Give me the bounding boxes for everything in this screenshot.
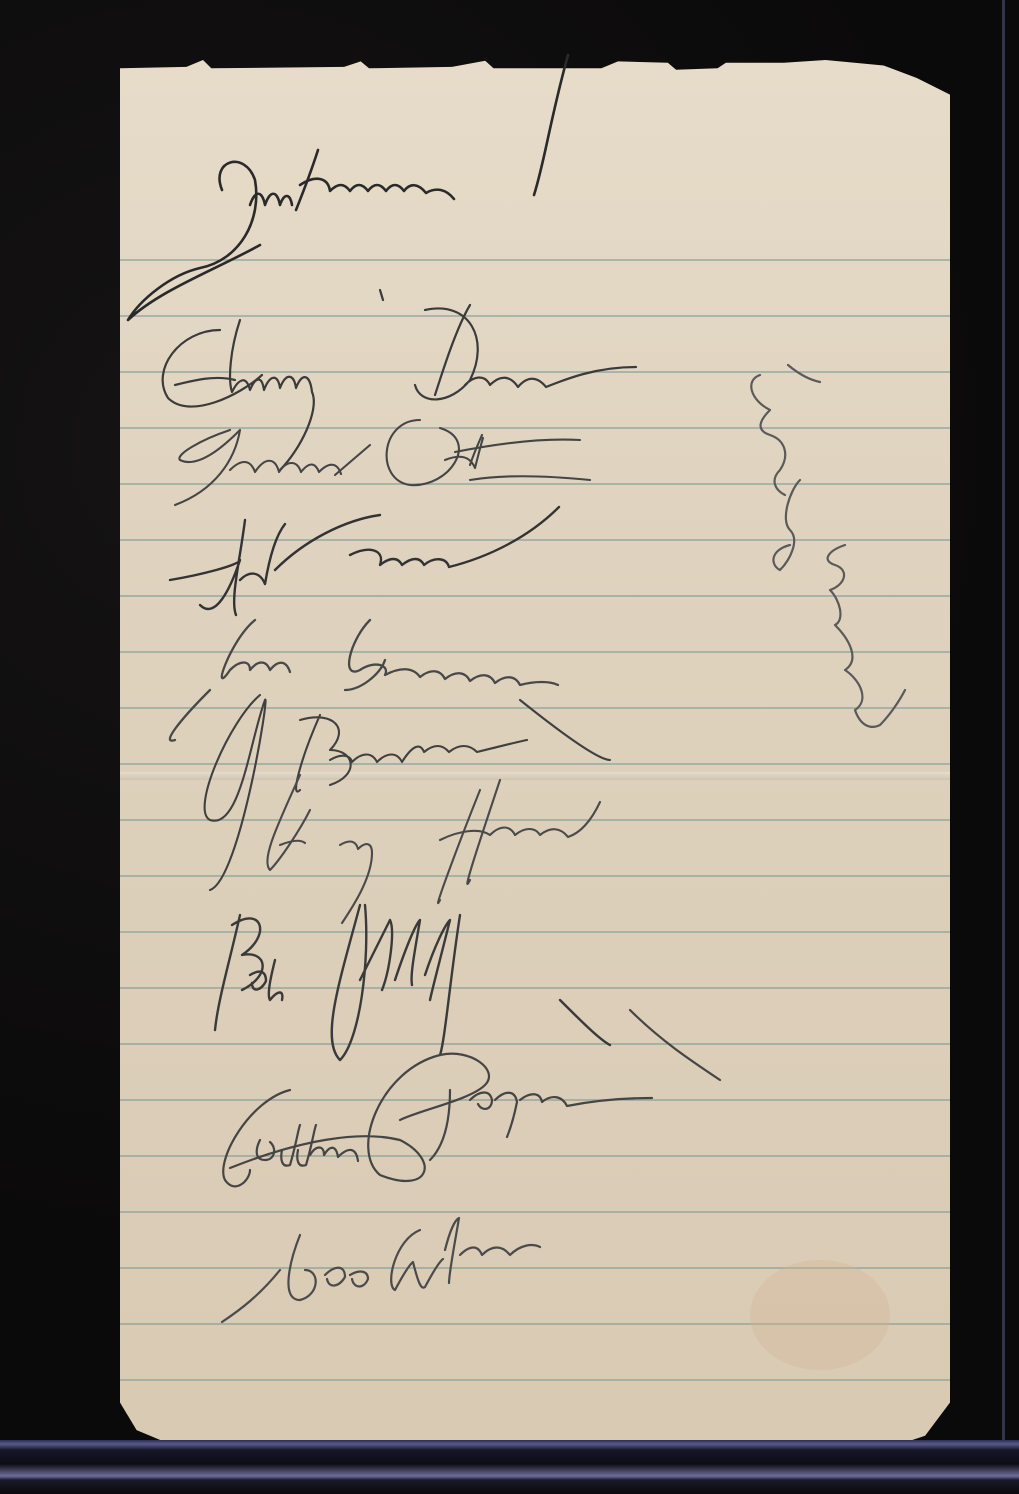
signature-geo-caster	[222, 1218, 540, 1322]
signature-pep-hoffner	[267, 775, 600, 923]
signature-chubby-dean	[163, 290, 636, 470]
signatures	[0, 0, 1019, 1494]
slab-holder-bottom-edge	[0, 1440, 1019, 1494]
signature-wally-moses	[751, 365, 905, 727]
signature-bob-johnson	[215, 905, 610, 1060]
signature-joe-gleason	[170, 620, 558, 741]
signature-berardino	[205, 695, 610, 890]
signature-nelson-potter	[175, 420, 590, 505]
signature-jack-kramer	[128, 55, 568, 320]
signature-cotton-pippen	[223, 1010, 720, 1186]
signature-nick-etten	[170, 507, 559, 615]
